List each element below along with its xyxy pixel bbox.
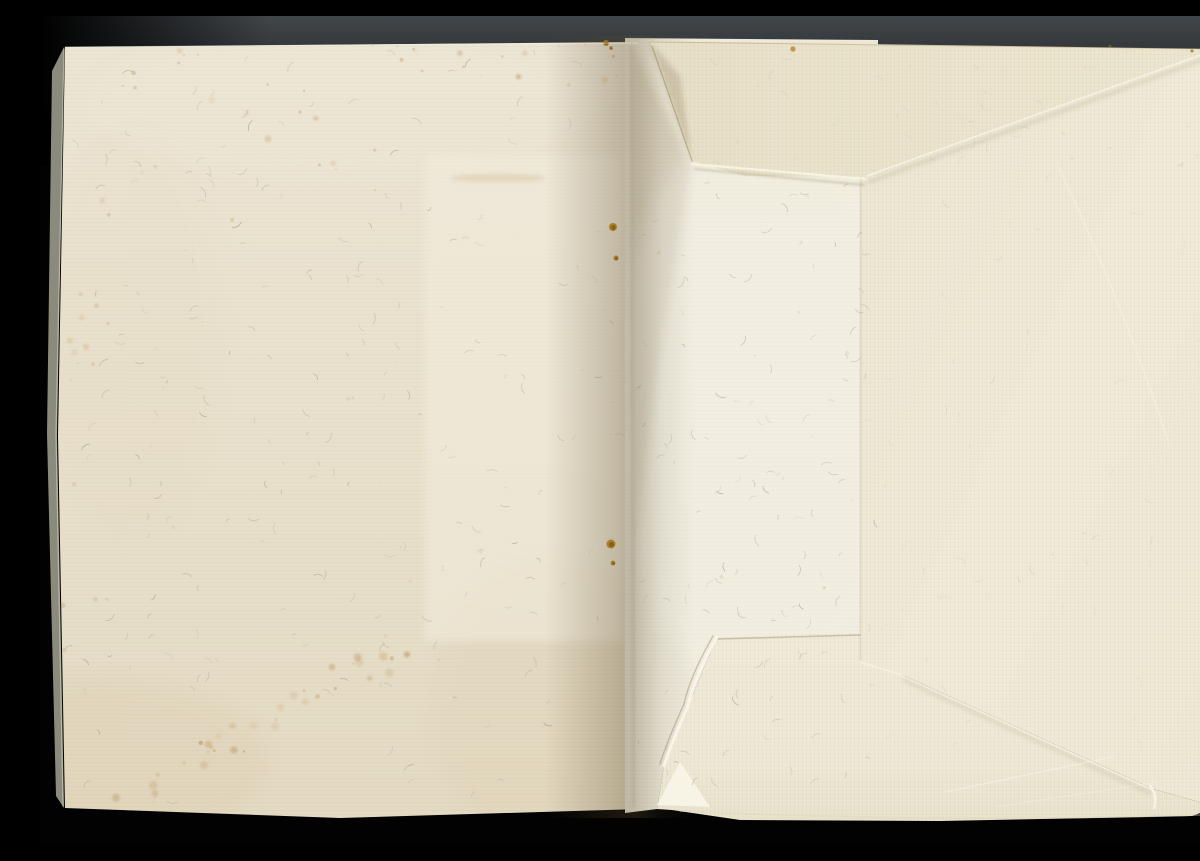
book: [40, 36, 1200, 845]
book-scene: [40, 16, 1200, 845]
open-book-photo: Photograph of an open vintage book: blan…: [40, 16, 1200, 845]
gutter-shadow: [545, 36, 695, 818]
